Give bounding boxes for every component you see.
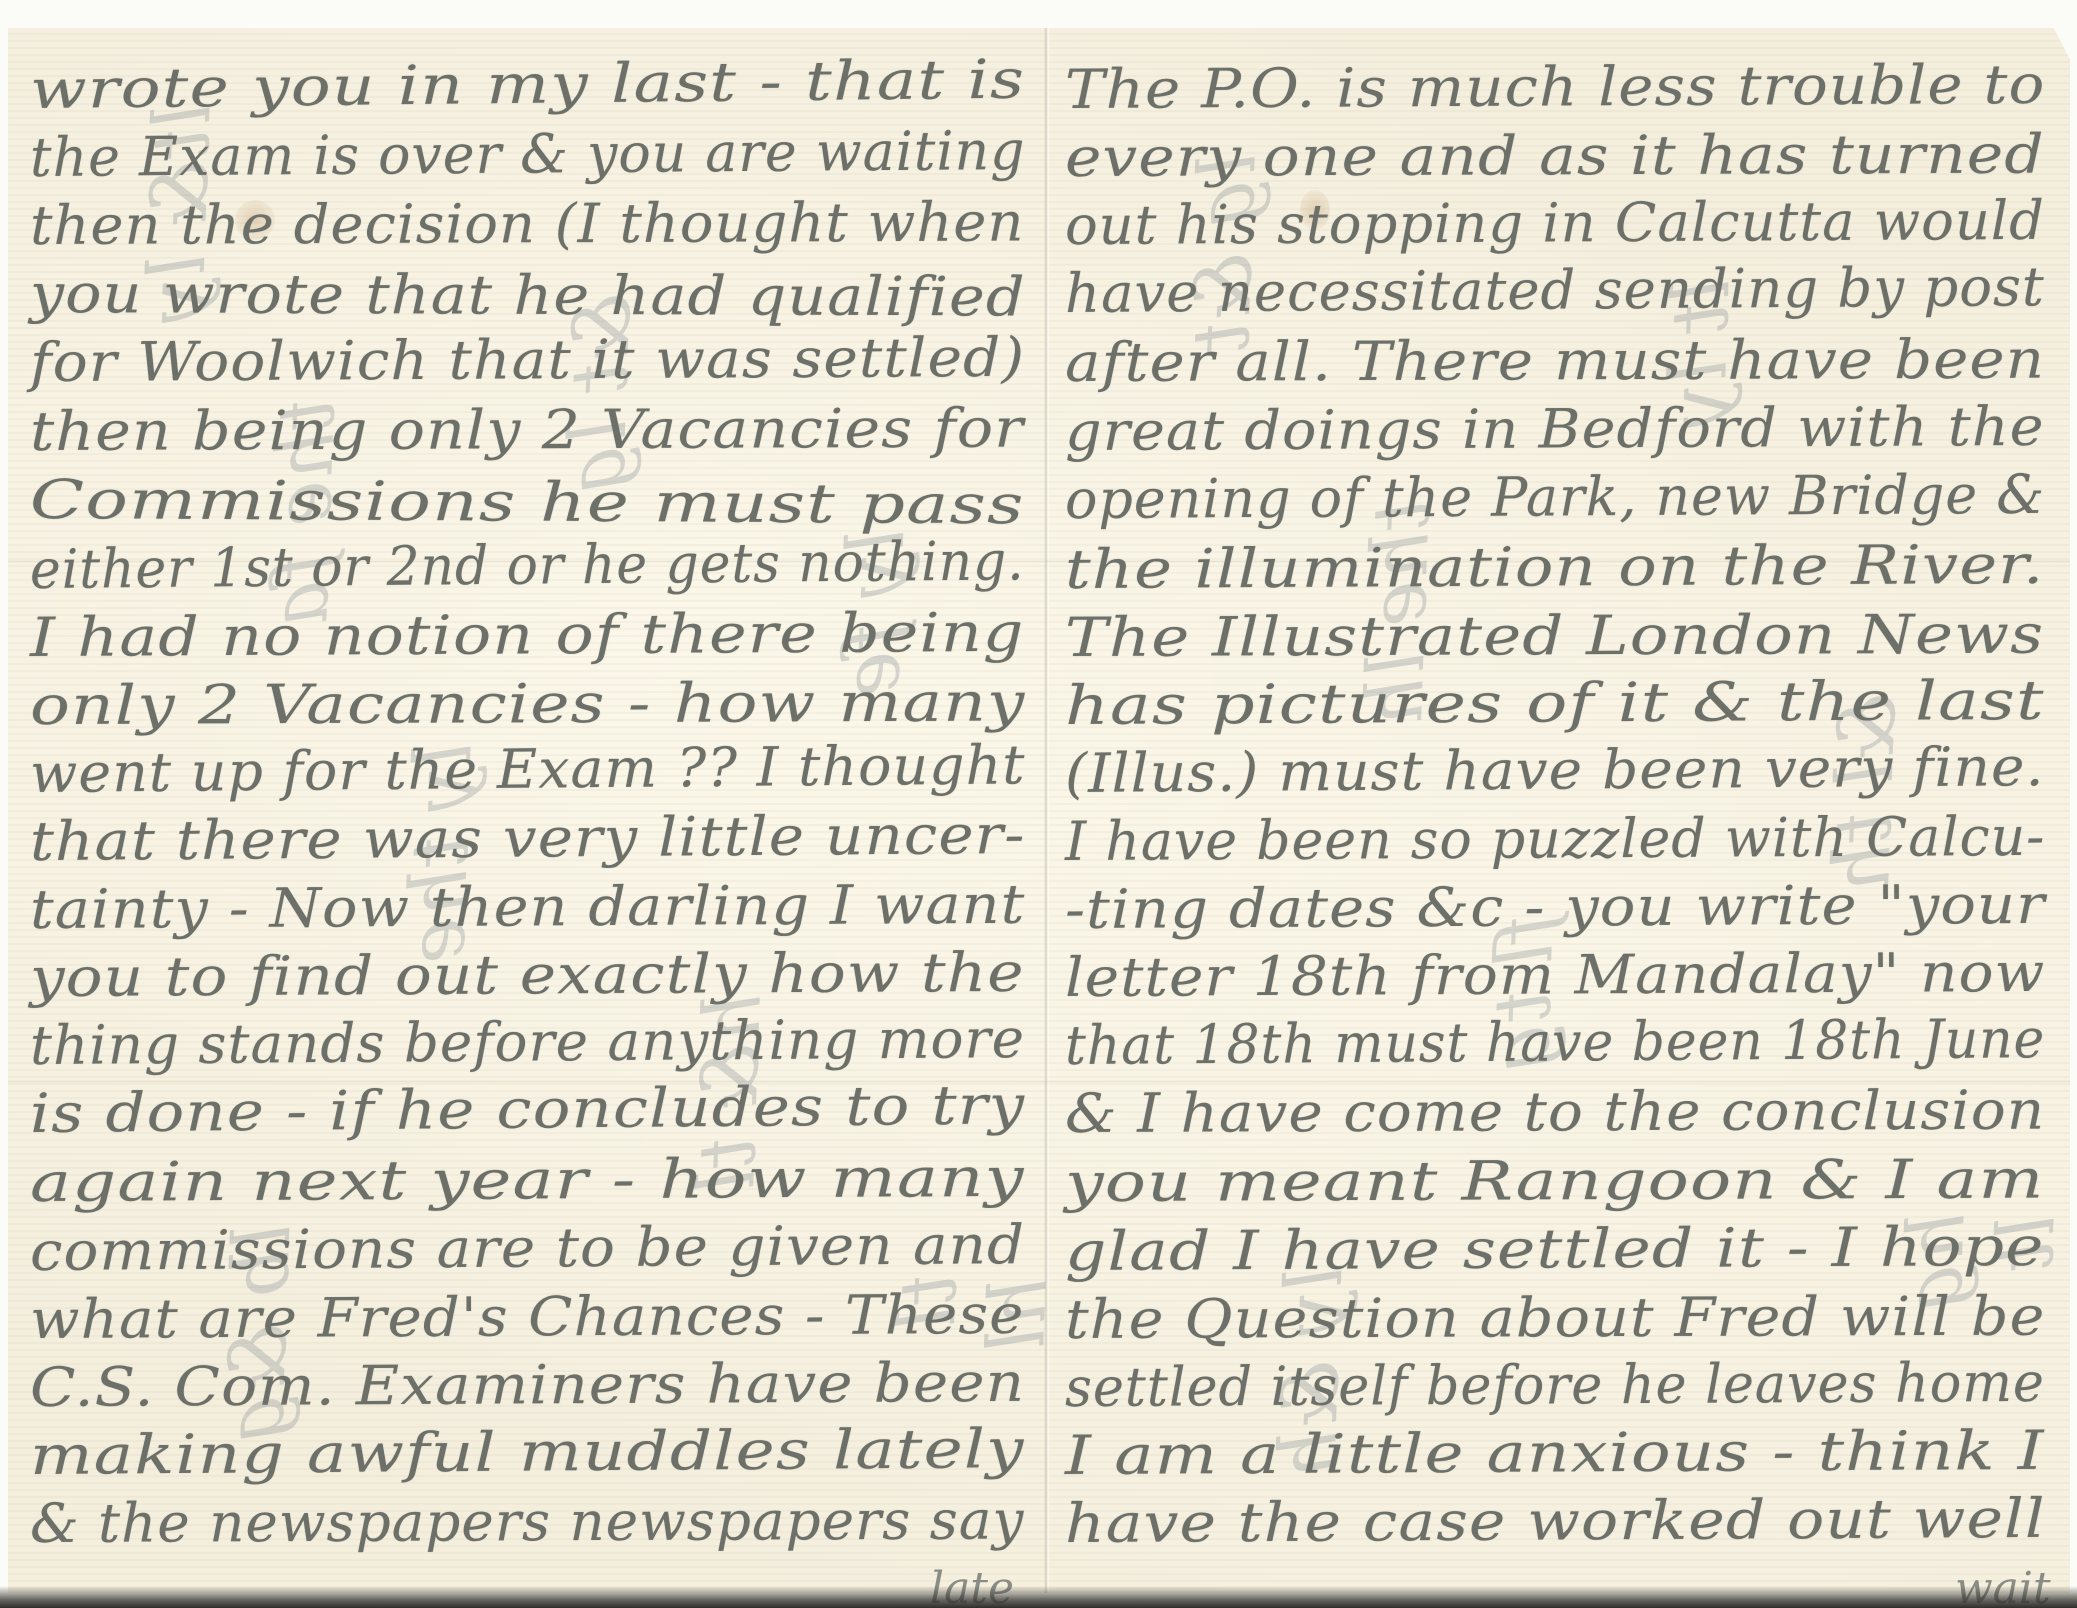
letter-line: making awful muddles lately bbox=[30, 1417, 1025, 1487]
vertical-fold-crease bbox=[1044, 28, 1050, 1593]
letter-line: settled itself before he leaves home bbox=[1065, 1351, 2045, 1419]
letter-line: after all. There must have been bbox=[1065, 328, 2045, 394]
letter-line: have the case worked out well bbox=[1065, 1487, 2046, 1555]
letter-line: either 1st or 2nd or he gets nothing. bbox=[30, 529, 1025, 601]
letter-line: wrote you in my last - that is bbox=[30, 48, 1026, 121]
letter-line: that 18th must have been 18th June bbox=[1065, 1007, 2046, 1077]
letter-line: then the decision (I thought when bbox=[30, 191, 1025, 257]
letter-line: tainty - Now then darling I want bbox=[30, 873, 1026, 941]
letter-line: -ting dates &c - you write "your bbox=[1065, 873, 2046, 941]
letter-line: again next year - how many bbox=[30, 1146, 1025, 1214]
letter-line: great doings in Bedford with the bbox=[1065, 395, 2045, 463]
letter-line: the illumination on the River. bbox=[1065, 533, 2045, 601]
letter-line: thing stands before anything more bbox=[30, 1007, 1025, 1077]
letter-line: you to find out exactly how the bbox=[30, 941, 1025, 1009]
letter-line: then being only 2 Vacancies for bbox=[30, 397, 1024, 463]
letter-line: you wrote that he had qualified bbox=[30, 262, 1026, 328]
letter-line: only 2 Vacancies - how many bbox=[30, 671, 1026, 737]
right-page: lg &t the lh fl tg lt ly &l th hg lt ly … bbox=[1065, 48, 2055, 1588]
letter-line: C.S. Com. Examiners have been bbox=[30, 1351, 1025, 1419]
letter-line: Commissions he must pass bbox=[30, 468, 1025, 536]
letter-line: have necessitated sending by post bbox=[1065, 255, 2045, 325]
letter-line: The Illustrated London News bbox=[1065, 603, 2044, 669]
letter-line: letter 18th from Mandalay" now bbox=[1065, 941, 2046, 1009]
letter-line: I have been so puzzled with Calcu- bbox=[1065, 805, 2046, 873]
letter-line: for Woolwich that it was settled) bbox=[30, 326, 1026, 394]
scanner-edge-shadow bbox=[0, 1586, 2077, 1608]
letter-line: every one and as it has turned bbox=[1065, 123, 2045, 189]
letter-line: commissions are to be given and bbox=[30, 1213, 1026, 1283]
letter-line: the Question about Fred will be bbox=[1065, 1285, 2046, 1351]
letter-line: out his stopping in Calcutta would bbox=[1065, 189, 2045, 257]
letter-line: I am a little anxious - think I bbox=[1065, 1419, 2045, 1487]
letter-line: is done - if he concludes to try bbox=[30, 1073, 1026, 1145]
left-page: lt& ly the fa ly the &t lg h& tl ly fe t… bbox=[30, 48, 1035, 1588]
letter-line: & the newspapers newspapers say bbox=[30, 1489, 1025, 1555]
letter-line: I had no notion of there being bbox=[30, 601, 1025, 669]
letter-line: that there was very little uncer- bbox=[30, 803, 1026, 873]
letter-line: what are Fred's Chances - These bbox=[30, 1283, 1025, 1351]
letter-line: glad I have settled it - I hope bbox=[1065, 1215, 2045, 1283]
letter-line: the Exam is over & you are waiting bbox=[30, 119, 1026, 189]
letter-line: The P.O. is much less trouble to bbox=[1065, 53, 2046, 121]
letter-line: & I have come to the conclusion bbox=[1065, 1079, 2045, 1145]
letter-line: you meant Rangoon & I am bbox=[1065, 1148, 2045, 1214]
letter-line: went up for the Exam ?? I thought bbox=[30, 733, 1026, 805]
letter-line: has pictures of it & the last bbox=[1065, 669, 2045, 737]
letter-line: (Illus.) must have been very fine. bbox=[1065, 735, 2045, 805]
letter-line: opening of the Park, new Bridge & bbox=[1065, 463, 2045, 531]
